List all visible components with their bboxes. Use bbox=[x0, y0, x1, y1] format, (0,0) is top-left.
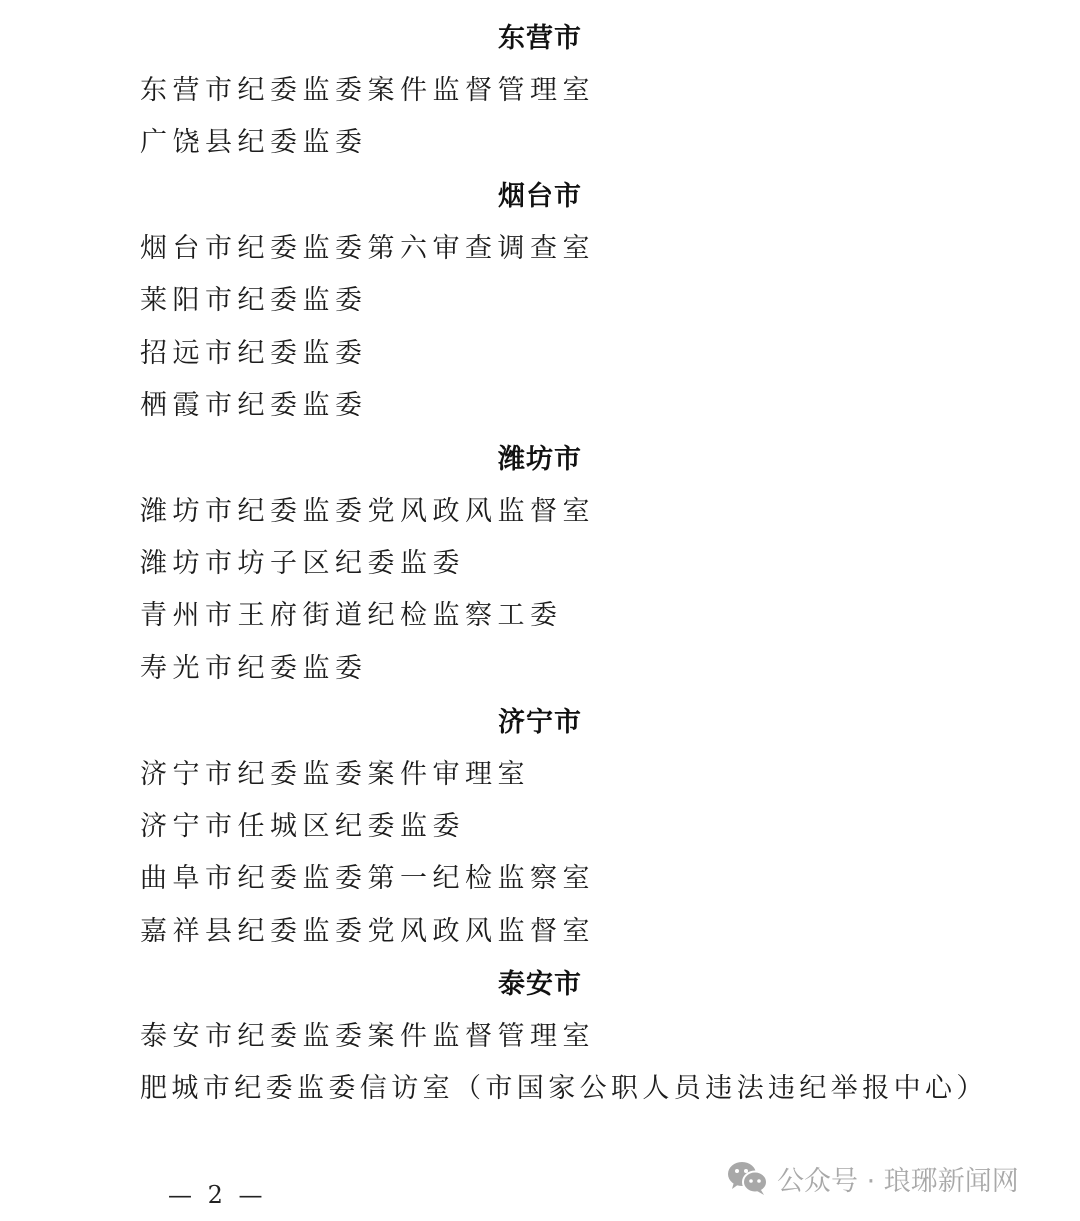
list-item: 寿光市纪委监委 bbox=[140, 652, 368, 686]
document-page: 东营市 东营市纪委监委案件监督管理室 广饶县纪委监委 烟台市 烟台市纪委监委第六… bbox=[0, 0, 1080, 1221]
section-heading-jining: 济宁市 bbox=[0, 706, 1080, 740]
list-item: 济宁市纪委监委案件审理室 bbox=[140, 758, 530, 792]
list-item: 招远市纪委监委 bbox=[140, 337, 368, 371]
list-item: 嘉祥县纪委监委党风政风监督室 bbox=[140, 915, 595, 949]
list-item: 济宁市任城区纪委监委 bbox=[140, 810, 465, 844]
list-item: 潍坊市坊子区纪委监委 bbox=[140, 547, 465, 581]
list-item: 肥城市纪委监委信访室（市国家公职人员违法违纪举报中心） bbox=[140, 1072, 988, 1106]
wechat-icon bbox=[727, 1160, 769, 1196]
list-item: 东营市纪委监委案件监督管理室 bbox=[140, 74, 595, 108]
section-heading-weifang: 潍坊市 bbox=[0, 443, 1080, 477]
list-item: 曲阜市纪委监委第一纪检监察室 bbox=[140, 862, 595, 896]
watermark: 公众号 · 琅琊新闻网 bbox=[727, 1158, 1019, 1198]
section-heading-taian: 泰安市 bbox=[0, 968, 1080, 1002]
watermark-text: 公众号 · 琅琊新闻网 bbox=[777, 1159, 1019, 1198]
list-item: 青州市王府街道纪检监察工委 bbox=[140, 599, 563, 633]
list-item: 栖霞市纪委监委 bbox=[140, 389, 368, 423]
list-item: 潍坊市纪委监委党风政风监督室 bbox=[140, 495, 595, 529]
list-item: 烟台市纪委监委第六审查调查室 bbox=[140, 232, 595, 266]
page-number: — 2 — bbox=[168, 1180, 267, 1210]
section-heading-yantai: 烟台市 bbox=[0, 180, 1080, 214]
section-heading-dongying: 东营市 bbox=[0, 22, 1080, 56]
list-item: 莱阳市纪委监委 bbox=[140, 284, 368, 318]
list-item: 泰安市纪委监委案件监督管理室 bbox=[140, 1020, 595, 1054]
list-item: 广饶县纪委监委 bbox=[140, 126, 368, 160]
